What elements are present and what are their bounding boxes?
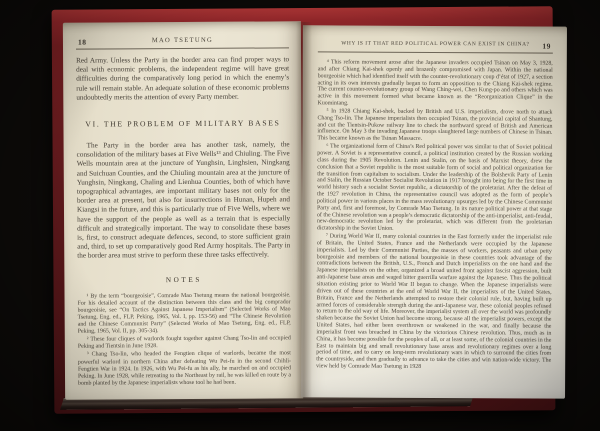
left-page-number: 18 bbox=[78, 38, 87, 47]
left-body-paragraph: The Party in the border area has another… bbox=[77, 140, 291, 261]
open-book-spread: 18 MAO TSETUNG Red Army. Unless the Part… bbox=[64, 22, 566, 400]
left-running-head-row: 18 MAO TSETUNG bbox=[76, 36, 289, 49]
footnote-5: ⁵ In 1928 Chiang Kai-shek, backed by Bri… bbox=[317, 108, 552, 143]
footnote-1: ¹ By the term “bourgeoisie”, Comrade Mao… bbox=[78, 292, 291, 336]
footnote-3: ³ Chang Tso-lin, who headed the Fengtien… bbox=[78, 351, 291, 388]
left-running-head: MAO TSETUNG bbox=[76, 36, 289, 44]
book-photo: 18 MAO TSETUNG Red Army. Unless the Part… bbox=[0, 0, 600, 431]
footnote-2: ² These four cliques of warlords fought … bbox=[78, 336, 291, 351]
section-heading: VI. THE PROBLEM OF MILITARY BASES bbox=[76, 118, 289, 128]
left-intro-paragraph: Red Army. Unless the Party in the border… bbox=[76, 55, 289, 102]
footnote-7: ⁷ During World War II, many colonial cou… bbox=[316, 233, 552, 371]
left-page: 18 MAO TSETUNG Red Army. Unless the Part… bbox=[63, 21, 303, 399]
notes-heading: NOTES bbox=[77, 275, 290, 284]
footnote-6: ⁶ The organizational form of China’s Red… bbox=[317, 144, 552, 234]
footnote-4: ⁴ This reform movement arose after the J… bbox=[318, 59, 553, 108]
right-running-head-row: WHY IS IT THAT RED POLITICAL POWER CAN E… bbox=[318, 40, 553, 53]
right-page-number: 19 bbox=[542, 42, 551, 51]
right-page: WHY IS IT THAT RED POLITICAL POWER CAN E… bbox=[301, 25, 567, 398]
right-running-head: WHY IS IT THAT RED POLITICAL POWER CAN E… bbox=[318, 40, 553, 47]
